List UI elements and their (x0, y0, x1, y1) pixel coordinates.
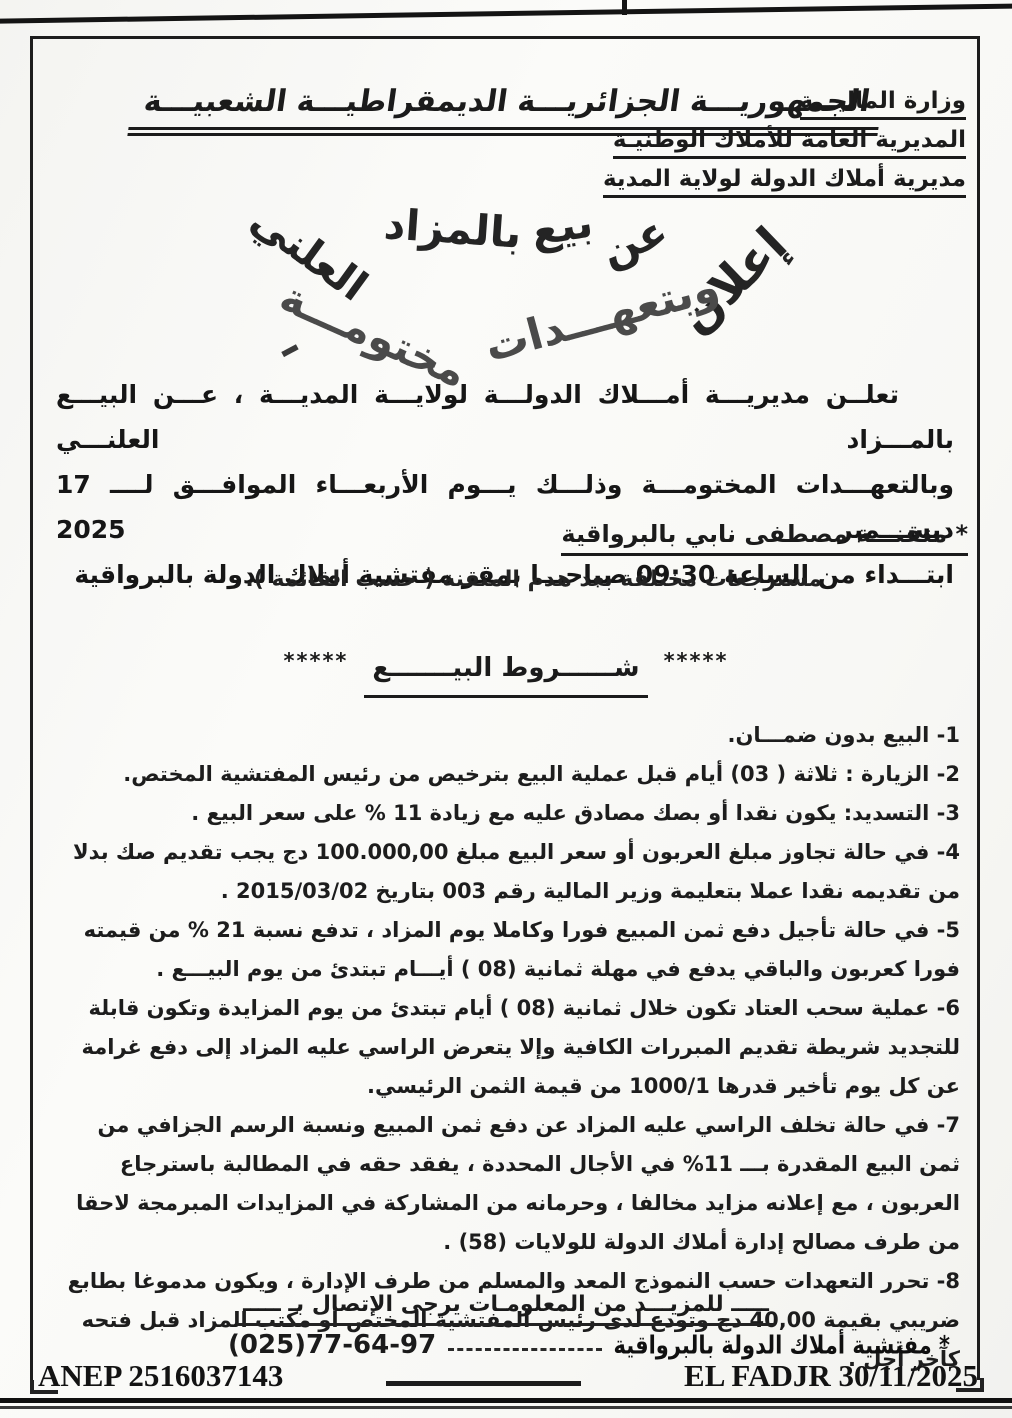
arched-title-word: بالمزاد (383, 199, 524, 257)
condition-item: 4- في حالة تجاوز مبلغ العربون أو سعر الب… (54, 833, 960, 911)
frame-corner-bottom-right (956, 1378, 984, 1392)
contact-phone-number: (025)77-64-97 (228, 1330, 436, 1360)
lot-title: * متقنـــة مصطفى نابي بالبرواقية (561, 520, 968, 556)
sale-conditions-header: *****شــــــروط البيـــــــع***** (0, 653, 1012, 698)
condition-item: 7- في حالة تخلف الراسي عليه المزاد عن دف… (54, 1106, 960, 1262)
sale-conditions-list: 1- البيع بدون ضمـــان.2- الزيارة : ثلاثة… (54, 716, 960, 1379)
intro-paragraph: تعلــن مديريـــة أمـــلاك الدولـــة لولا… (56, 372, 954, 597)
stars-right-decoration: ***** (284, 649, 349, 673)
scan-artifact-top-line (0, 3, 1012, 24)
condition-item: 6- عملية سحب العتاد تكون خلال ثمانية (08… (54, 989, 960, 1106)
ministry-line-state-property-medea: مديرية أملاك الدولة لولاية المدية (603, 166, 966, 198)
ministry-line-finance: وزارة الماليـــة (800, 88, 966, 120)
contact-row: * مفتشية أملاك الدولة بالبرواقية (025)77… (228, 1330, 950, 1360)
auction-arched-title: إعلانعنبيعبالمزادالعلني وبتعهـــداتمختوم… (232, 196, 800, 364)
anep-divider-line (386, 1381, 581, 1386)
condition-item: 1- البيع بدون ضمـــان. (54, 716, 960, 755)
scanned-auction-announcement-page: الجمهوريـــة الجزائريـــة الديمقراطيـــة… (0, 0, 1012, 1418)
arched-title-line1: إعلانعنبيعبالمزادالعلني (232, 222, 800, 271)
frame-corner-bottom-left (30, 1380, 58, 1394)
condition-item: 3- التسديد: يكون نقدا أو بصك مصادق عليه … (54, 794, 960, 833)
ministry-line-general-directorate: المديرية العامة للأملاك الوطنيـة (613, 127, 966, 159)
bottom-double-rule (0, 1398, 1012, 1409)
contact-dashed-divider (448, 1348, 601, 1351)
anep-reference: ANEP 2516037143 (38, 1358, 283, 1394)
scan-artifact-notch (622, 0, 627, 15)
journal-date-reference: EL FADJR 30/11/2025 (684, 1358, 978, 1394)
more-info-note: ـــــ للمزيـــد من المعلومـات يرجى الإتص… (0, 1292, 1012, 1326)
intro-paragraph-line: تعلــن مديريـــة أمـــلاك الدولـــة لولا… (56, 372, 954, 462)
condition-item: 2- الزيارة : ثلاثة ( 03) أيام قبل عملية … (54, 755, 960, 794)
ministry-directorate-block: وزارة الماليـــة المديرية العامة للأملاك… (603, 88, 966, 205)
arched-title-word: وبتعهـــدات (480, 262, 725, 372)
arched-title-word: عن (595, 206, 675, 276)
contact-inspectorate-name: * مفتشية أملاك الدولة بالبرواقية (614, 1331, 950, 1359)
condition-item: 5- في حالة تأجيل دفع ثمن المبيع فورا وكا… (54, 911, 960, 989)
arched-title-word: بيع (527, 197, 596, 255)
lot-description: مسترجعات مختلفة بعد هدم المتقنة ( حسب ال… (245, 567, 822, 592)
publication-reference-row: ANEP 2516037143 EL FADJR 30/11/2025 (38, 1358, 978, 1394)
more-info-text: ـــــ للمزيـــد من المعلومـات يرجى الإتص… (237, 1292, 775, 1326)
stars-left-decoration: ***** (664, 649, 729, 673)
sale-conditions-title: شــــــروط البيـــــــع (364, 653, 647, 698)
arched-title-line2: وبتعهـــداتمختومـــة (214, 298, 782, 348)
